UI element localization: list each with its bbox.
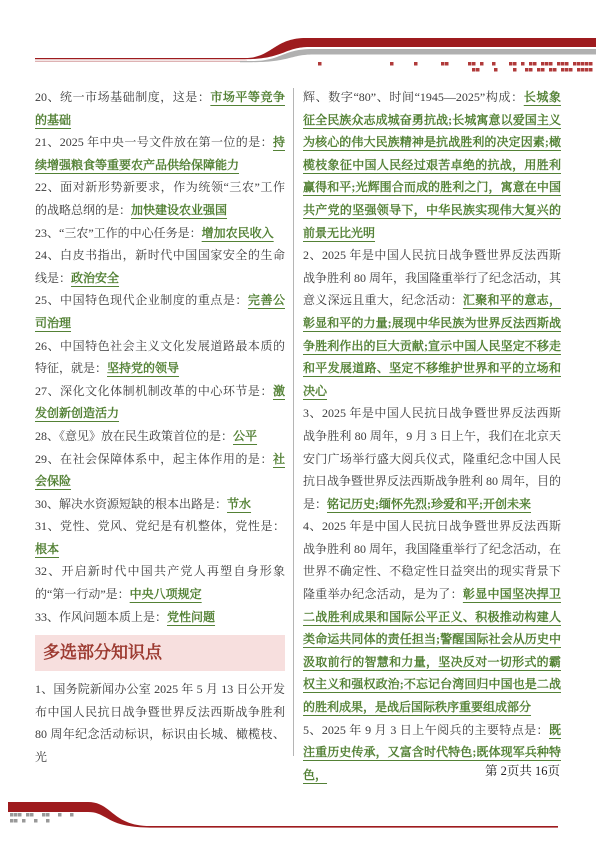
question-text: 21、2025 年中央一号文件放在第一位的是： [35, 135, 273, 149]
footer-swoosh-decoration [0, 783, 596, 843]
list-item: 26、中国特色社会主义文化发展道路最本质的特征，就是：坚持党的领导 [35, 335, 285, 380]
list-item: 辉、数字“80”、时间“1945—2025”构成：长城象征全民族众志成城奋勇抗战… [303, 86, 561, 244]
list-item: 21、2025 年中央一号文件放在第一位的是：持续增强粮食等重要农产品供给保障能… [35, 131, 285, 176]
question-text: 3、2025 年是中国人民抗日战争暨世界反法西斯战争胜利 80 周年，9 月 3… [303, 406, 561, 510]
answer-highlight: 中央八项规定 [130, 587, 202, 601]
question-text: 20、统一市场基础制度，这是： [35, 90, 210, 104]
header-thin-red-line [35, 61, 247, 62]
list-item: 4、2025 年是中国人民抗日战争暨世界反法西斯战争胜利 80 周年，我国隆重举… [303, 515, 561, 718]
answer-highlight: 增加农民收入 [202, 226, 274, 240]
answer-highlight: 坚持党的领导 [107, 361, 179, 375]
footer-red-swoosh [8, 802, 558, 828]
question-text: 29、在社会保障体系中，起主体作用的是： [35, 452, 273, 466]
answer-highlight: 根本 [35, 542, 59, 556]
list-item: 30、解决水资源短缺的根本出路是：节水 [35, 493, 285, 516]
page-number: 第 2页共 16页 [485, 761, 560, 779]
answer-highlight: 政治安全 [71, 271, 119, 285]
question-text: 5、2025 年 9 月 3 日上午阅兵的主要特点是： [303, 723, 549, 737]
list-item: 25、中国特色现代企业制度的重点是：完善公司治理 [35, 289, 285, 334]
list-item: 20、统一市场基础制度，这是：市场平等竞争的基础 [35, 86, 285, 131]
list-item: 31、党性、党风、党纪是有机整体，党性是：根本 [35, 515, 285, 560]
header-swoosh-decoration [0, 0, 596, 80]
question-text: 30、解决水资源短缺的根本出路是： [35, 497, 227, 511]
question-text: 28、《意见》放在民生政策首位的是： [35, 429, 233, 443]
list-item: 33、作风问题本质上是：党性问题 [35, 606, 285, 629]
answer-highlight: 党性问题 [167, 610, 215, 624]
question-text: 25、中国特色现代企业制度的重点是： [35, 293, 248, 307]
list-item: 24、白皮书指出，新时代中国国家安全的生命线是：政治安全 [35, 244, 285, 289]
answer-highlight: 加快建设农业强国 [131, 203, 227, 217]
header-gray-swoosh [240, 49, 596, 62]
list-item: 27、深化文化体制机制改革的中心环节是：激发创新创造活力 [35, 380, 285, 425]
list-item: 29、在社会保障体系中，起主体作用的是：社会保险 [35, 448, 285, 493]
question-text: 33、作风问题本质上是： [35, 610, 167, 624]
question-text: 31、党性、党风、党纪是有机整体，党性是： [35, 519, 285, 533]
answer-highlight: 公平 [233, 429, 257, 443]
answer-highlight: 长城象征全民族众志成城奋勇抗战;长城寓意以爱国主义为核心的伟大民族精神是抗战胜利… [303, 90, 561, 240]
list-item: 3、2025 年是中国人民抗日战争暨世界反法西斯战争胜利 80 周年，9 月 3… [303, 402, 561, 515]
question-text: 辉、数字“80”、时间“1945—2025”构成： [303, 90, 524, 104]
right-text-column: 辉、数字“80”、时间“1945—2025”构成：长城象征全民族众志成城奋勇抗战… [303, 86, 561, 786]
question-text: 23、“三农”工作的中心任务是： [35, 226, 202, 240]
list-item: 1、国务院新闻办公室 2025 年 5 月 13 日公开发布中国人民抗日战争暨世… [35, 678, 285, 768]
question-text: 1、国务院新闻办公室 2025 年 5 月 13 日公开发布中国人民抗日战争暨世… [35, 682, 285, 764]
list-item: 22、面对新形势新要求，作为统领“三农”工作的战略总纲的是：加快建设农业强国 [35, 176, 285, 221]
answer-highlight: 节水 [227, 497, 251, 511]
header-dots-pattern [318, 62, 593, 72]
list-item: 2、2025 年是中国人民抗日战争暨世界反法西斯战争胜利 80 周年，我国隆重举… [303, 244, 561, 402]
header-red-swoosh [35, 38, 596, 59]
answer-highlight: 汇聚和平的意志，彰显和平的力量;展现中华民族为世界反法西斯战争胜利作出的巨大贡献… [303, 293, 561, 397]
question-text: 27、深化文化体制机制改革的中心环节是： [35, 384, 273, 398]
left-text-column: 20、统一市场基础制度，这是：市场平等竞争的基础21、2025 年中央一号文件放… [35, 86, 285, 769]
list-item: 32、开启新时代中国共产党人再塑自身形象的“第一行动”是：中央八项规定 [35, 560, 285, 605]
footer-dots-pattern [10, 813, 74, 823]
list-item: 28、《意见》放在民生政策首位的是：公平 [35, 425, 285, 448]
answer-highlight: 铭记历史;缅怀先烈;珍爱和平;开创未来 [327, 497, 531, 511]
column-divider [293, 88, 294, 756]
document-page: 20、统一市场基础制度，这是：市场平等竞争的基础21、2025 年中央一号文件放… [0, 0, 596, 843]
answer-highlight: 彰显中国坚决捍卫二战胜利成果和国际公平正义、积极推动构建人类命运共同体的责任担当… [303, 587, 561, 714]
list-item: 23、“三农”工作的中心任务是：增加农民收入 [35, 222, 285, 245]
section-header: 多选部分知识点 [35, 635, 285, 671]
